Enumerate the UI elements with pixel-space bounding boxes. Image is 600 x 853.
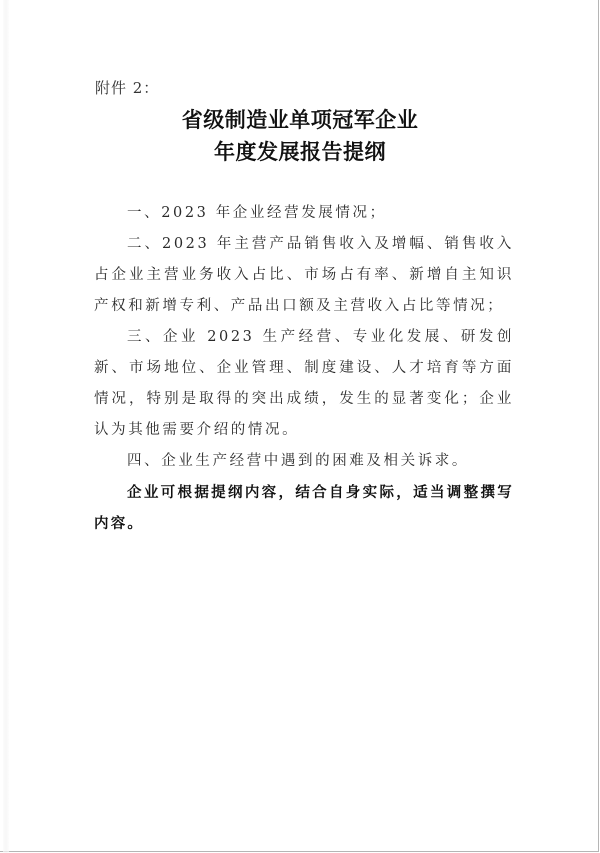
attachment-label: 附件 2：: [95, 77, 159, 98]
document-page: 附件 2： 省级制造业单项冠军企业 年度发展报告提纲 一、2023 年企业经营发…: [0, 0, 599, 852]
title-line-2: 年度发展报告提纲: [0, 136, 600, 168]
paragraph-note: 企业可根据提纲内容，结合自身实际，适当调整撰写内容。: [94, 477, 514, 539]
paragraph-section-4: 四、企业生产经营中遇到的困难及相关诉求。: [94, 446, 514, 477]
title-line-1: 省级制造业单项冠军企业: [0, 104, 600, 136]
document-title: 省级制造业单项冠军企业 年度发展报告提纲: [0, 104, 600, 168]
paragraph-section-3: 三、企业 2023 生产经营、专业化发展、研发创新、市场地位、企业管理、制度建设…: [94, 322, 514, 446]
paragraph-section-2: 二、2023 年主营产品销售收入及增幅、销售收入占企业主营业务收入占比、市场占有…: [94, 229, 514, 322]
document-body: 一、2023 年企业经营发展情况； 二、2023 年主营产品销售收入及增幅、销售…: [94, 198, 514, 539]
paragraph-section-1: 一、2023 年企业经营发展情况；: [94, 198, 514, 229]
